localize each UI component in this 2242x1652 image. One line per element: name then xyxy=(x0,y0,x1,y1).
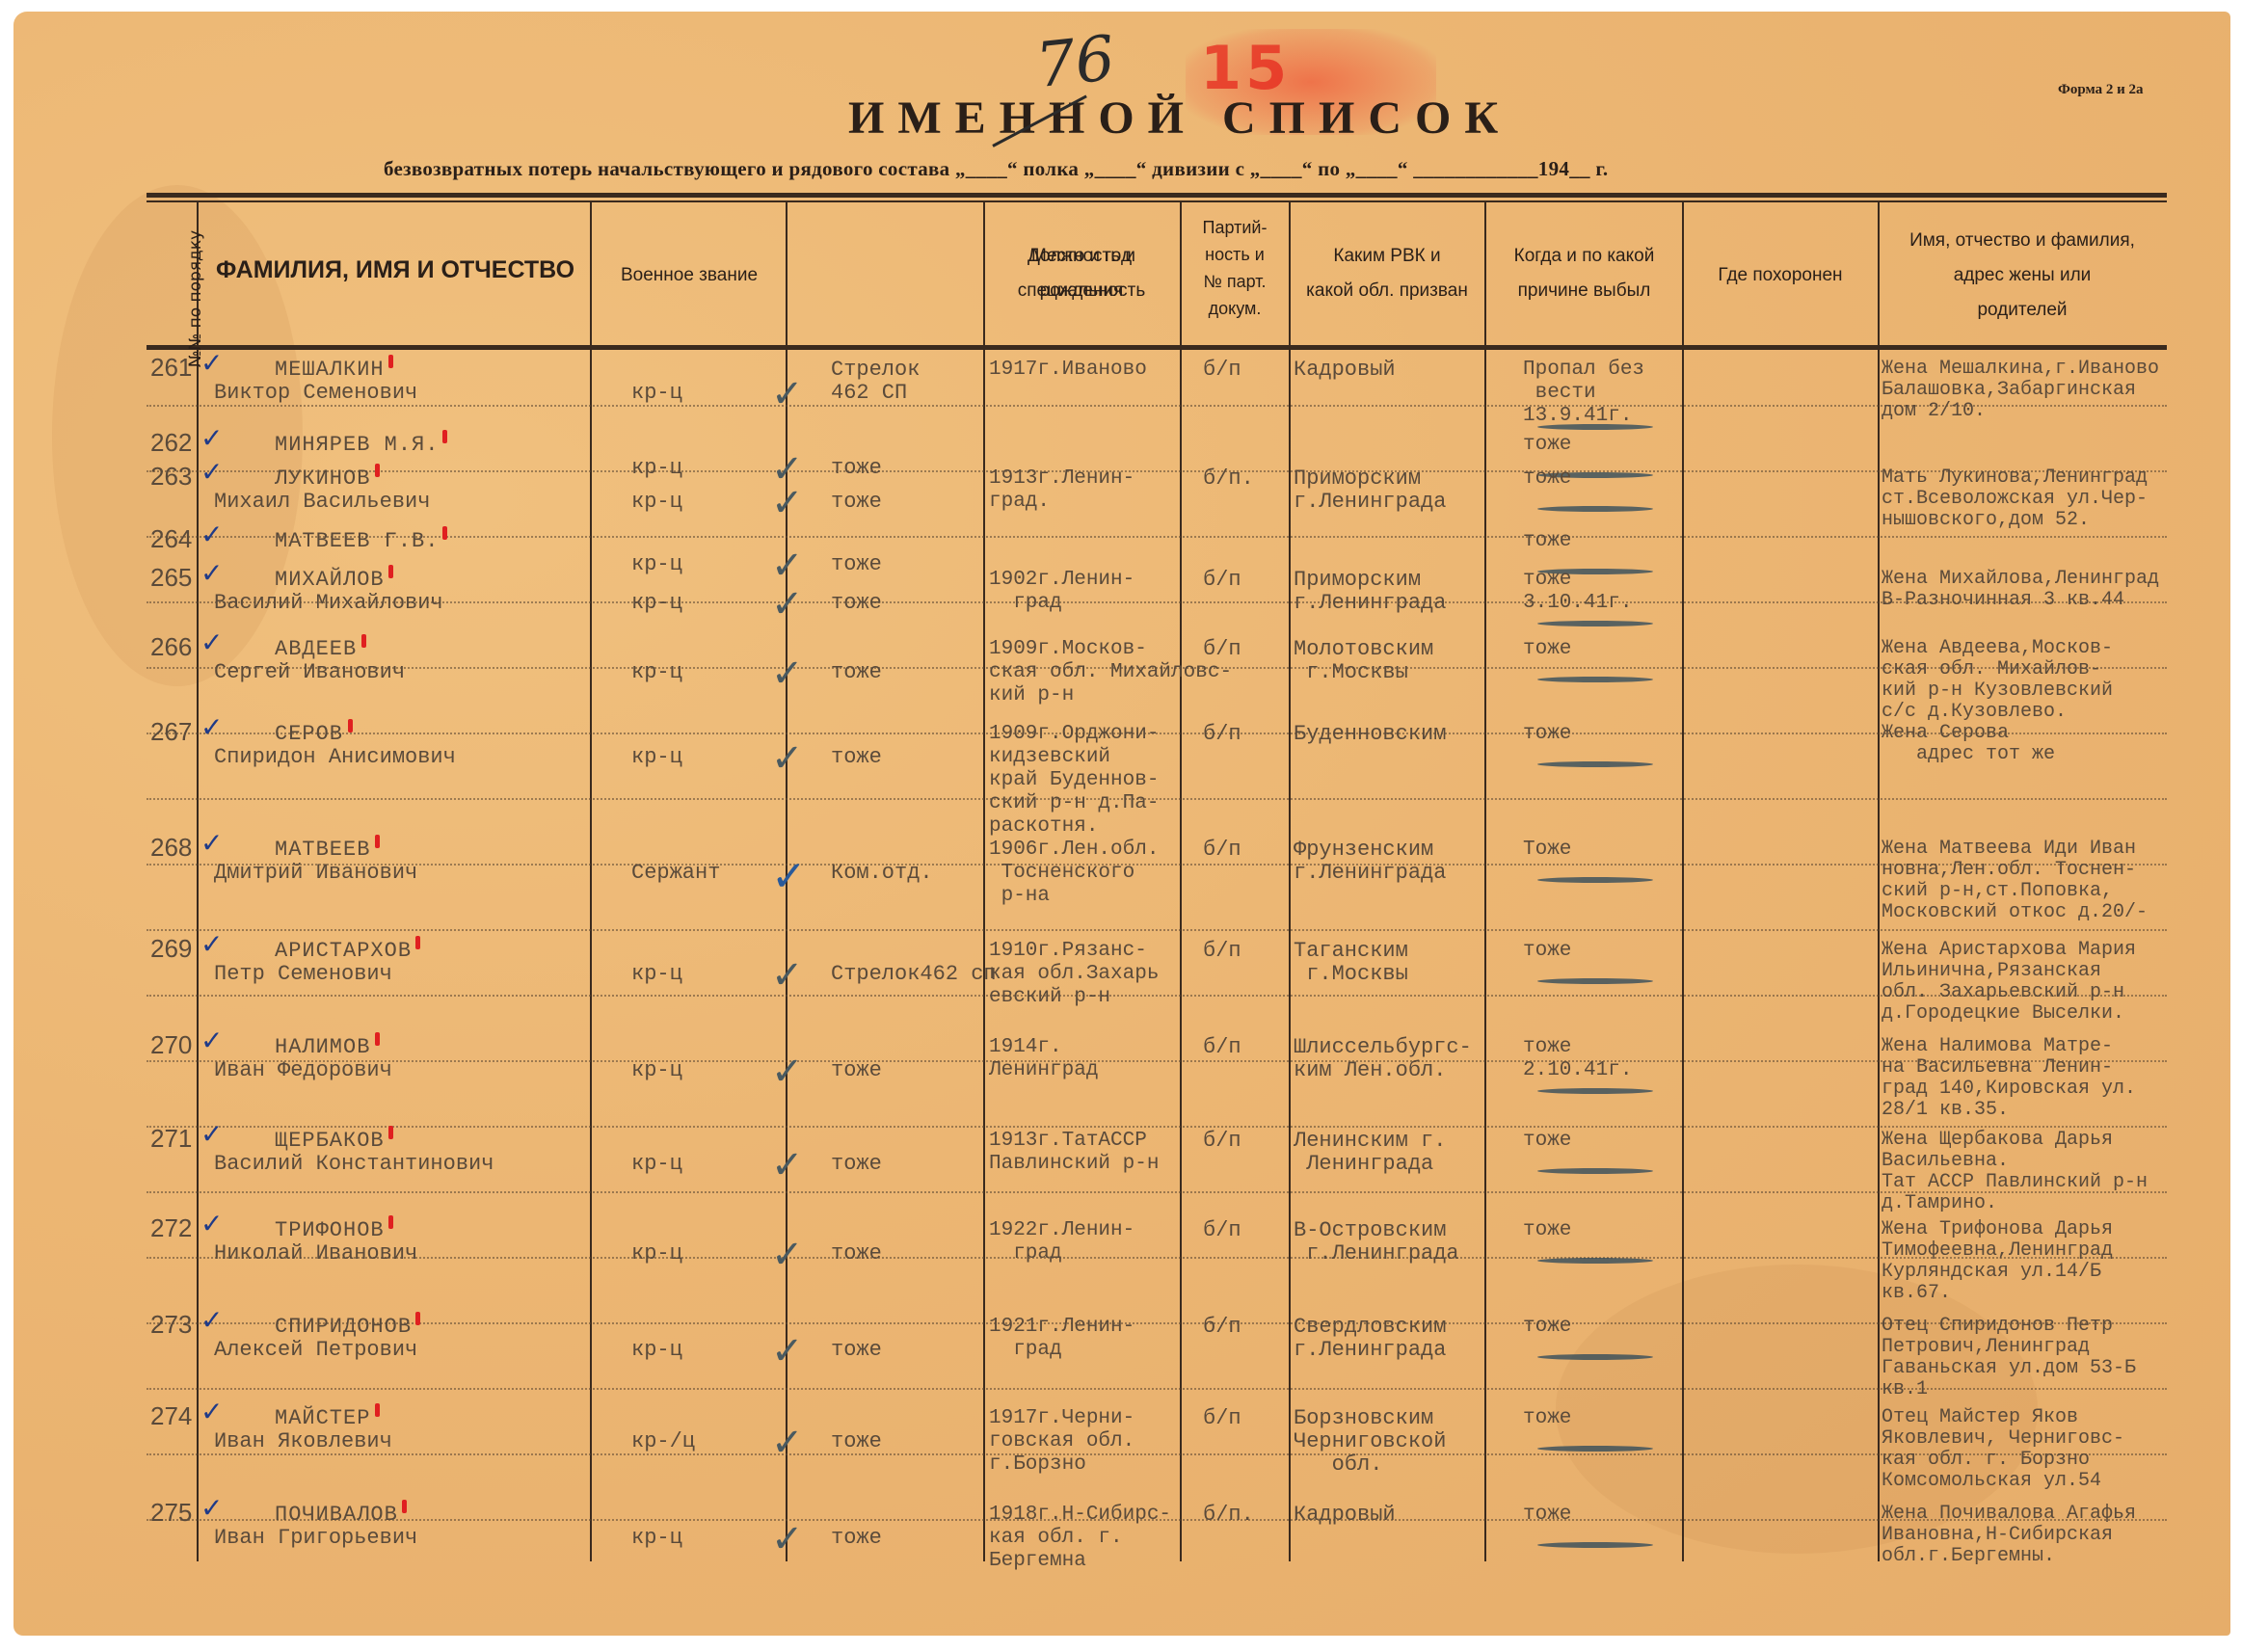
verified-check-icon: ✓ xyxy=(771,1517,804,1561)
given-names: Иван Яковлевич xyxy=(214,1430,392,1453)
row-number: 275 xyxy=(150,1498,192,1528)
header-party-line: докум. xyxy=(1182,295,1288,322)
header-when-line: причине выбыл xyxy=(1486,274,1682,308)
position: Стрелок462 сп xyxy=(831,963,997,986)
position: тоже xyxy=(831,1527,882,1550)
verified-check-icon: ✓ xyxy=(771,372,804,416)
military-rank: кр-ц xyxy=(631,1153,682,1176)
header-rvk-line: какой обл. призван xyxy=(1291,274,1483,308)
military-rank: кр-ц xyxy=(631,1242,682,1266)
party-membership: б/п. xyxy=(1203,1504,1254,1527)
verified-check-icon: ✓ xyxy=(771,1421,804,1465)
verified-check-icon: ✓ xyxy=(771,852,807,901)
party-membership: б/п xyxy=(1203,1316,1241,1339)
position: тоже xyxy=(831,1339,882,1362)
header-rvk: Каким РВК икакой обл. призван xyxy=(1291,239,1483,308)
row-number: 268 xyxy=(150,833,192,863)
when-why-left: тоже xyxy=(1523,434,1571,457)
dotted-row-rule xyxy=(147,1060,2167,1062)
when-why-left: тоже xyxy=(1523,723,1571,746)
row-number: 265 xyxy=(150,563,192,593)
birthplace-year: 1910г.Рязанс- кая обл.Захарь евский р-н xyxy=(989,940,1159,1009)
red-tick-mark xyxy=(361,634,366,648)
row-number: 269 xyxy=(150,934,192,964)
checkmark-icon: ✓ xyxy=(200,1304,223,1336)
military-rank: кр-ц xyxy=(631,661,682,684)
position: тоже xyxy=(831,457,882,480)
blue-pencil-underline xyxy=(1537,1354,1653,1360)
military-rank: кр-ц xyxy=(631,491,682,514)
military-rank: кр-ц xyxy=(631,553,682,576)
draft-office: Свердловским г.Ленинграда xyxy=(1294,1316,1446,1362)
blue-pencil-underline xyxy=(1537,677,1653,682)
birthplace-year: 1913г.ТатАССР Павлинский р-н xyxy=(989,1130,1159,1176)
dotted-row-rule xyxy=(147,1453,2167,1455)
when-why-left: тоже xyxy=(1523,1219,1571,1242)
row-number: 262 xyxy=(150,428,192,458)
birthplace-year: 1913г.Ленин- град. xyxy=(989,467,1134,514)
birthplace-year: 1909г.Москов- ская обл. Михайловс- кий р… xyxy=(989,638,1232,707)
draft-office: Кадровый xyxy=(1294,1504,1396,1527)
header-rvk-line: Каким РВК и xyxy=(1291,239,1483,274)
checkmark-icon: ✓ xyxy=(200,1118,223,1150)
military-rank: кр-ц xyxy=(631,746,682,769)
row-number: 267 xyxy=(150,717,192,747)
relatives-address: Жена Аристархова Мария Ильинична,Рязанск… xyxy=(1882,940,2136,1025)
checkmark-icon: ✓ xyxy=(200,711,223,743)
relatives-address: Жена Мешалкина,г.Иваново Балашовка,Забар… xyxy=(1882,359,2159,422)
blue-pencil-underline xyxy=(1537,424,1653,430)
party-membership: б/п xyxy=(1203,839,1241,862)
dotted-row-rule xyxy=(147,1257,2167,1259)
relatives-address: Жена Михайлова,Ленинград В-Разночинная 3… xyxy=(1882,569,2159,611)
surname: МИХАЙЛОВ xyxy=(275,569,385,592)
checkmark-icon: ✓ xyxy=(200,928,223,960)
verified-check-icon: ✓ xyxy=(771,652,804,696)
header-name: ФАМИЛИЯ, ИМЯ И ОТЧЕСТВО xyxy=(207,253,583,287)
military-rank: кр-ц xyxy=(631,382,682,405)
party-membership: б/п xyxy=(1203,1036,1241,1059)
red-tick-mark xyxy=(375,1032,380,1046)
party-membership: б/п. xyxy=(1203,467,1254,491)
birthplace-year: 1922г.Ленин- град xyxy=(989,1219,1134,1266)
checkmark-icon: ✓ xyxy=(200,557,223,589)
birthplace-year: 1914г. Ленинград xyxy=(989,1036,1098,1082)
header-relatives-line: адрес жены или xyxy=(1880,258,2165,293)
military-rank: кр-ц xyxy=(631,1339,682,1362)
header-birth-line: Место и год xyxy=(985,239,1178,274)
surname: НАЛИМОВ xyxy=(275,1036,370,1059)
when-why-left: тоже xyxy=(1523,530,1571,553)
red-tick-mark xyxy=(388,1126,393,1139)
header-relatives-line: Имя, отчество и фамилия, xyxy=(1880,224,2165,258)
red-tick-mark xyxy=(388,565,393,578)
checkmark-icon: ✓ xyxy=(200,1025,223,1056)
draft-office: Таганским г.Москвы xyxy=(1294,940,1408,986)
checkmark-icon: ✓ xyxy=(200,1396,223,1427)
dotted-row-rule xyxy=(147,536,2167,538)
dotted-row-rule xyxy=(147,1126,2167,1128)
draft-office: Буденновским xyxy=(1294,723,1446,746)
surname: МЕШАЛКИН xyxy=(275,359,385,382)
relatives-address: Мать Лукинова,Ленинград ст.Всеволожская … xyxy=(1882,467,2148,531)
given-names: Иван Григорьевич xyxy=(214,1527,417,1550)
birthplace-year: 1917г.Иваново xyxy=(989,359,1147,382)
red-tick-mark xyxy=(442,430,447,443)
surname: СЕРОВ xyxy=(275,723,343,746)
blue-pencil-underline xyxy=(1537,761,1653,767)
header-birth: Место и годрождения xyxy=(985,239,1178,308)
relatives-address: Жена Щербакова Дарья Васильевна. Тат АСС… xyxy=(1882,1130,2148,1214)
header-when-line: Когда и по какой xyxy=(1486,239,1682,274)
relatives-address: Жена Авдеева,Москов- ская обл. Михайлов-… xyxy=(1882,638,2113,765)
document-subtitle: безвозвратных потерь начальствующего и р… xyxy=(384,157,1608,181)
header-party-line: № парт. xyxy=(1182,268,1288,295)
party-membership: б/п xyxy=(1203,1219,1241,1242)
blue-pencil-underline xyxy=(1537,1446,1653,1452)
red-tick-mark xyxy=(375,835,380,848)
surname: ЛУКИНОВ xyxy=(275,467,370,491)
checkmark-icon: ✓ xyxy=(200,519,223,550)
header-rank: Военное звание xyxy=(593,258,786,293)
verified-check-icon: ✓ xyxy=(771,1233,804,1277)
birthplace-year: 1902г.Ленин- град xyxy=(989,569,1134,615)
surname: МАТВЕЕВ Г.В. xyxy=(275,530,439,553)
header-birth-line: рождения xyxy=(985,274,1178,308)
draft-office: Ленинским г. Ленинграда xyxy=(1294,1130,1446,1176)
relatives-address: Жена Трифонова Дарья Тимофеевна,Ленингра… xyxy=(1882,1219,2113,1304)
when-why-left: тоже xyxy=(1523,1504,1571,1527)
surname: МИНЯРЕВ М.Я. xyxy=(275,434,439,457)
military-rank: кр-ц xyxy=(631,1059,682,1082)
checkmark-icon: ✓ xyxy=(200,1208,223,1239)
row-number: 270 xyxy=(150,1030,192,1060)
red-tick-mark xyxy=(375,1403,380,1417)
position: тоже xyxy=(831,1242,882,1266)
relatives-address: Отец Спиридонов Петр Петрович,Ленинград … xyxy=(1882,1316,2136,1400)
row-number: 266 xyxy=(150,632,192,662)
header-party: Партий-ность и№ парт.докум. xyxy=(1182,214,1288,322)
header-buried: Где похоронен xyxy=(1684,258,1877,293)
red-tick-mark xyxy=(388,355,393,368)
given-names: Иван Федорович xyxy=(214,1059,392,1082)
military-rank: Сержант xyxy=(631,862,720,885)
when-why-left: тоже 2.10.41г. xyxy=(1523,1036,1632,1082)
table-top-rule-thin xyxy=(147,200,2167,202)
position: тоже xyxy=(831,553,882,576)
row-number: 273 xyxy=(150,1310,192,1340)
handwritten-page-number: 76 xyxy=(1032,23,1118,102)
checkmark-icon: ✓ xyxy=(200,1492,223,1524)
blue-pencil-underline xyxy=(1537,506,1653,512)
verified-check-icon: ✓ xyxy=(771,736,804,781)
surname: АРИСТАРХОВ xyxy=(275,940,412,963)
relatives-address: Отец Майстер Яков Яковлевич, Черниговс- … xyxy=(1882,1407,2124,1492)
when-why-left: тоже xyxy=(1523,1316,1571,1339)
given-names: Спиридон Анисимович xyxy=(214,746,456,769)
red-tick-mark xyxy=(402,1500,407,1513)
dotted-row-rule xyxy=(147,1191,2167,1193)
header-num: №№ по порядку xyxy=(147,260,195,318)
dotted-row-rule xyxy=(147,929,2167,931)
header-bottom-rule xyxy=(147,345,2167,350)
when-why-left: тоже xyxy=(1523,1407,1571,1430)
position: тоже xyxy=(831,592,882,615)
party-membership: б/п xyxy=(1203,723,1241,746)
draft-office: Приморским г.Ленинграда xyxy=(1294,569,1446,615)
row-number: 261 xyxy=(150,353,192,383)
blue-pencil-underline xyxy=(1537,1542,1653,1548)
red-tick-mark xyxy=(388,1215,393,1229)
row-number: 272 xyxy=(150,1213,192,1243)
relatives-address: Жена Налимова Матре- на Васильевна Ленин… xyxy=(1882,1036,2136,1121)
given-names: Дмитрий Иванович xyxy=(214,862,417,885)
military-rank: кр-ц xyxy=(631,963,682,986)
header-party-line: Партий- xyxy=(1182,214,1288,241)
header-relatives: Имя, отчество и фамилия,адрес жены илиро… xyxy=(1880,224,2165,328)
party-membership: б/п xyxy=(1203,359,1241,382)
row-number: 274 xyxy=(150,1401,192,1431)
when-why-left: тоже 3.10.41г. xyxy=(1523,569,1632,615)
dotted-row-rule xyxy=(147,1322,2167,1324)
verified-check-icon: ✓ xyxy=(771,1143,804,1187)
relatives-address: Жена Матвеева Иди Иван новна,Лен.обл. То… xyxy=(1882,839,2148,923)
position: тоже xyxy=(831,1153,882,1176)
position: тоже xyxy=(831,491,882,514)
given-names: Михаил Васильевич xyxy=(214,491,430,514)
surname: ТРИФОНОВ xyxy=(275,1219,385,1242)
surname: МАЙСТЕР xyxy=(275,1407,370,1430)
red-tick-mark xyxy=(442,526,447,540)
party-membership: б/п xyxy=(1203,638,1241,661)
checkmark-icon: ✓ xyxy=(200,626,223,658)
blue-pencil-underline xyxy=(1537,978,1653,984)
verified-check-icon: ✓ xyxy=(771,1050,804,1094)
draft-office: Приморским г.Ленинграда xyxy=(1294,467,1446,514)
document-title: ИМЕННОЙ СПИСОК xyxy=(848,92,1511,145)
form-label: Форма 2 и 2а xyxy=(2058,82,2144,98)
row-number: 271 xyxy=(150,1124,192,1154)
when-why-left: тоже xyxy=(1523,467,1571,491)
surname: МАТВЕЕВ xyxy=(275,839,370,862)
draft-office: Борзновским Черниговской обл. xyxy=(1294,1407,1446,1477)
draft-office: Фрунзенским г.Ленинграда xyxy=(1294,839,1446,885)
when-why-left: Тоже xyxy=(1523,839,1571,862)
verified-check-icon: ✓ xyxy=(771,582,804,626)
draft-office: В-Островским г.Ленинграда xyxy=(1294,1219,1459,1266)
blue-pencil-underline xyxy=(1537,1258,1653,1264)
surname: СПИРИДОНОВ xyxy=(275,1316,412,1339)
red-tick-mark xyxy=(348,719,353,733)
position: тоже xyxy=(831,1430,882,1453)
when-why-left: тоже xyxy=(1523,638,1571,661)
verified-check-icon: ✓ xyxy=(771,481,804,525)
military-rank: кр-ц xyxy=(631,1527,682,1550)
position: тоже xyxy=(831,746,882,769)
when-why-left: Пропал без вести 13.9.41г. xyxy=(1523,359,1644,428)
given-names: Петр Семенович xyxy=(214,963,392,986)
given-names: Василий Константинович xyxy=(214,1153,494,1176)
red-tick-mark xyxy=(415,936,420,949)
position: Стрелок 462 СП xyxy=(831,359,920,405)
given-names: Сергей Иванович xyxy=(214,661,405,684)
when-why-left: тоже xyxy=(1523,940,1571,963)
military-rank: кр-/ц xyxy=(631,1430,695,1453)
row-number: 264 xyxy=(150,524,192,554)
dotted-row-rule xyxy=(147,601,2167,603)
military-rank: кр-ц xyxy=(631,457,682,480)
blue-pencil-underline xyxy=(1537,877,1653,883)
birthplace-year: 1921г.Ленин- град xyxy=(989,1316,1134,1362)
birthplace-year: 1909г.Орджони- кидзевский край Буденнов-… xyxy=(989,723,1159,839)
position: тоже xyxy=(831,1059,882,1082)
position: тоже xyxy=(831,661,882,684)
blue-pencil-underline xyxy=(1537,1168,1653,1174)
draft-office: Кадровый xyxy=(1294,359,1396,382)
when-why-left: тоже xyxy=(1523,1130,1571,1153)
draft-office: Шлиссельбургс- ким Лен.обл. xyxy=(1294,1036,1472,1082)
party-membership: б/п xyxy=(1203,1130,1241,1153)
checkmark-icon: ✓ xyxy=(200,422,223,454)
red-tick-mark xyxy=(375,464,380,477)
position: Ком.отд. xyxy=(831,862,933,885)
blue-pencil-underline xyxy=(1537,621,1653,626)
dotted-row-rule xyxy=(147,470,2167,472)
party-membership: б/п xyxy=(1203,1407,1241,1430)
military-rank: кр-ц xyxy=(631,592,682,615)
birthplace-year: 1917г.Черни- говская обл. г.Борзно xyxy=(989,1407,1134,1477)
given-names: Василий Михайлович xyxy=(214,592,443,615)
dotted-row-rule xyxy=(147,405,2167,407)
given-names: Николай Иванович xyxy=(214,1242,417,1266)
given-names: Виктор Семенович xyxy=(214,382,417,405)
relatives-address: Жена Почивалова Агафья Ивановна,Н-Сибирс… xyxy=(1882,1504,2136,1567)
party-membership: б/п xyxy=(1203,569,1241,592)
header-when: Когда и по какойпричине выбыл xyxy=(1486,239,1682,308)
red-tick-mark xyxy=(415,1312,420,1325)
checkmark-icon: ✓ xyxy=(200,347,223,379)
verified-check-icon: ✓ xyxy=(771,953,804,998)
draft-office: Молотовским г.Москвы xyxy=(1294,638,1433,684)
header-relatives-line: родителей xyxy=(1880,293,2165,328)
row-number: 263 xyxy=(150,462,192,492)
checkmark-icon: ✓ xyxy=(200,456,223,488)
party-membership: б/п xyxy=(1203,940,1241,963)
surname: ПОЧИВАЛОВ xyxy=(275,1504,398,1527)
dotted-row-rule xyxy=(147,1388,2167,1390)
surname: ЩЕРБАКОВ xyxy=(275,1130,385,1153)
blue-pencil-underline xyxy=(1537,1088,1653,1094)
table-top-rule xyxy=(147,193,2167,198)
birthplace-year: 1906г.Лен.обл. Тосненского р-на xyxy=(989,839,1159,908)
given-names: Алексей Петрович xyxy=(214,1339,417,1362)
birthplace-year: 1918г.Н-Сибирс- кая обл. г. Бергемна xyxy=(989,1504,1171,1573)
surname: АВДЕЕВ xyxy=(275,638,357,661)
header-party-line: ность и xyxy=(1182,241,1288,268)
checkmark-icon: ✓ xyxy=(200,827,223,859)
verified-check-icon: ✓ xyxy=(771,1329,804,1373)
